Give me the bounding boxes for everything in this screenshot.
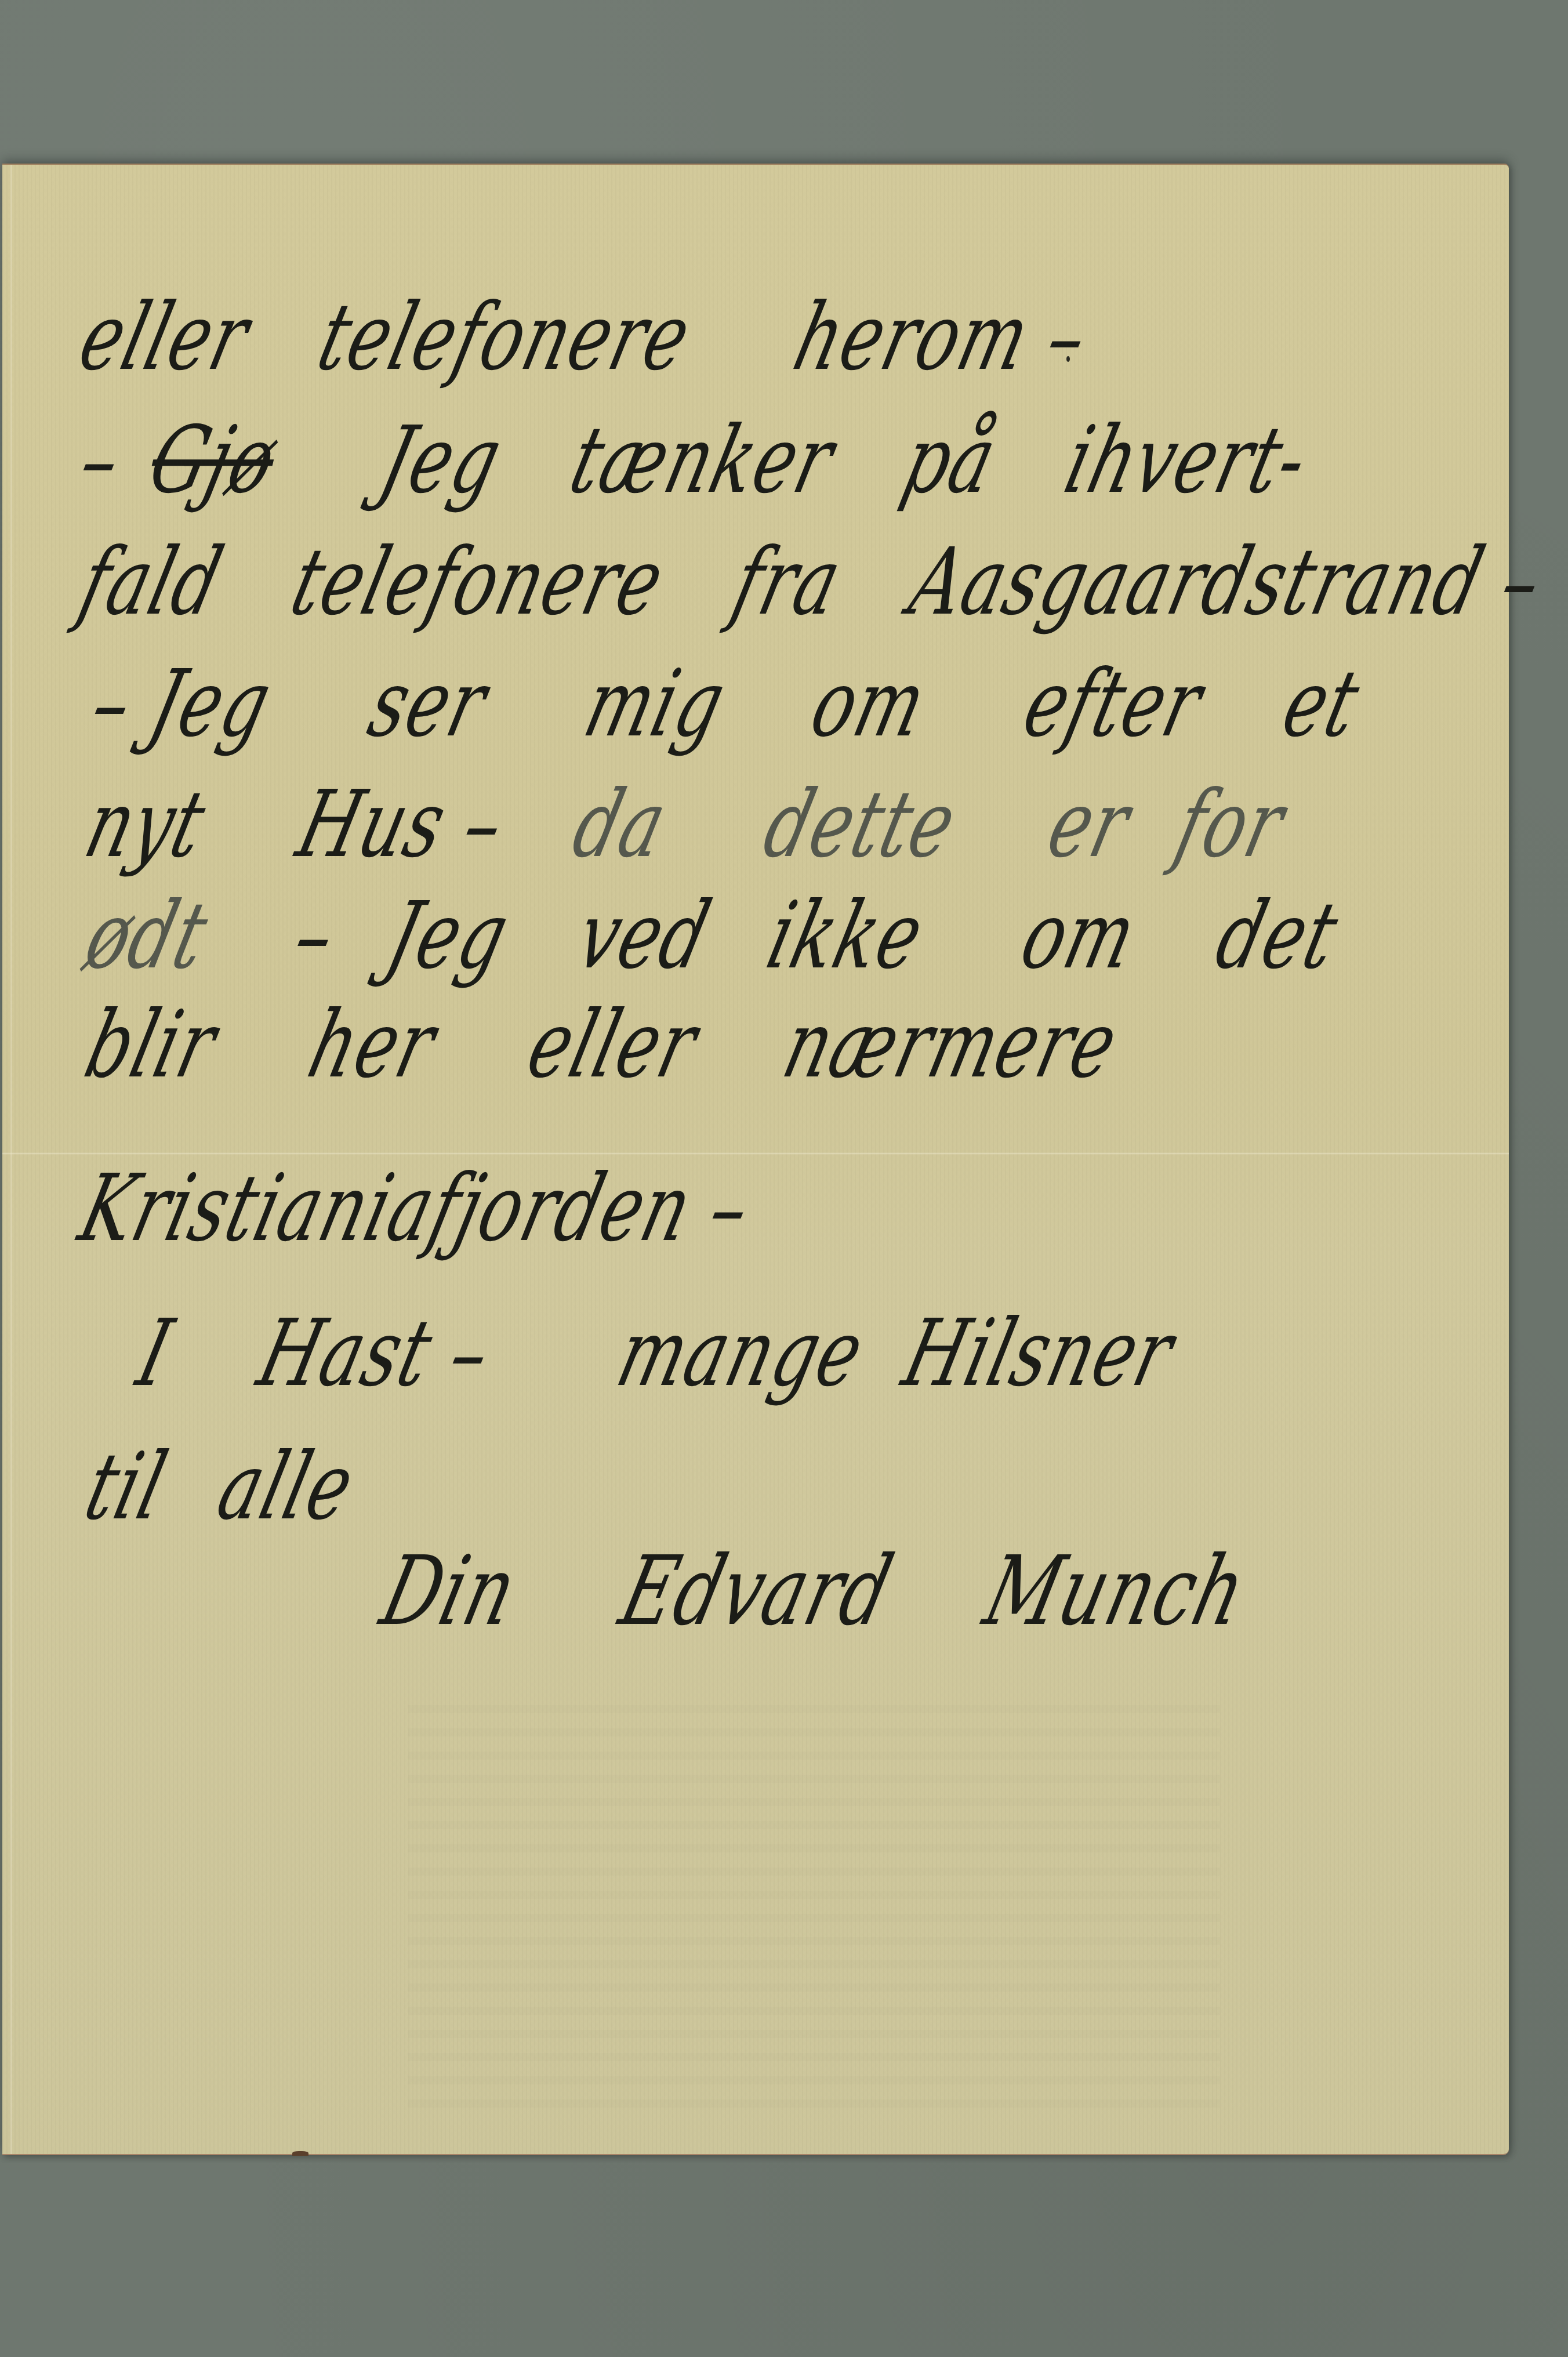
bottom-edge-tear <box>292 2151 308 2156</box>
word: Aasgaardstrand – <box>901 527 1554 635</box>
letter-line-2: – Gjø Jeg tænker på ihvert- <box>72 414 1369 506</box>
word: om <box>801 649 937 757</box>
word: ser <box>359 649 498 757</box>
word: eller <box>518 990 708 1098</box>
signature-last-name: Munch <box>975 1536 1257 1647</box>
word: nyt <box>76 770 217 877</box>
letter-line-10: til alle <box>78 1440 415 1532</box>
letter-line-9: I Hast – mange Hilsner <box>130 1307 1235 1399</box>
word: for <box>1166 770 1295 877</box>
signature: Din Edvard Munch <box>373 1543 1307 1639</box>
word: – Jeg <box>82 649 282 757</box>
word: er <box>1039 770 1141 877</box>
word: ved <box>568 881 721 989</box>
word: tænker <box>561 405 845 513</box>
letter-line-8: Kristianiafjorden – <box>72 1162 812 1254</box>
word: – <box>284 881 346 989</box>
letter-line-3: fald telefonere fra Aasgaardstrand – <box>72 535 1551 628</box>
reverse-side-show-through <box>408 1702 1220 2108</box>
word: Hus – <box>288 770 515 877</box>
word: da <box>564 770 677 877</box>
word: Jeg <box>371 405 513 513</box>
signature-first-name: Edvard <box>611 1536 903 1647</box>
word: Jeg <box>378 881 520 989</box>
word: dette <box>754 770 967 877</box>
word: alle <box>208 1432 365 1540</box>
word: blir <box>76 990 228 1098</box>
word: telefonere <box>308 282 702 390</box>
word: telefonere <box>281 527 674 635</box>
struck-through-word: Gjø <box>140 405 287 513</box>
letter-line-6: ødt – Jeg ved ikke om det <box>78 889 1399 981</box>
word: mange <box>608 1299 874 1406</box>
word: eller <box>70 282 260 390</box>
word: Hast – <box>249 1299 502 1406</box>
word: her <box>299 990 447 1098</box>
letter-line-4: – Jeg ser mig om efter et <box>84 657 1421 749</box>
word: til <box>76 1432 177 1540</box>
word: I <box>128 1299 183 1406</box>
word: om <box>1011 881 1146 989</box>
word: fra <box>723 527 852 635</box>
word: et <box>1273 649 1370 757</box>
letter-line-1: eller telefonere herom – <box>72 291 1149 383</box>
word: nærmere <box>774 990 1128 1098</box>
word: ikke <box>757 881 934 989</box>
letter-line-5: nyt Hus – da dette er for <box>78 778 1346 870</box>
word: efter <box>1014 649 1214 757</box>
left-edge-fold <box>10 165 12 2154</box>
letter-line-7: blir her eller nærmere <box>78 998 1179 1090</box>
word: herom – <box>785 282 1099 390</box>
word: ødt <box>76 881 219 989</box>
dash: – <box>70 405 132 513</box>
word: på <box>893 405 1007 513</box>
word: det <box>1207 881 1349 989</box>
word: fald <box>70 527 234 635</box>
word: mig <box>575 649 736 757</box>
word: Kristianiafjorden – <box>70 1154 761 1261</box>
closing-word: Din <box>372 1536 528 1647</box>
word: ihvert- <box>1055 405 1319 513</box>
word: Hilsner <box>894 1299 1185 1406</box>
letter-page: eller telefonere herom – – Gjø Jeg tænke… <box>2 164 1509 2155</box>
